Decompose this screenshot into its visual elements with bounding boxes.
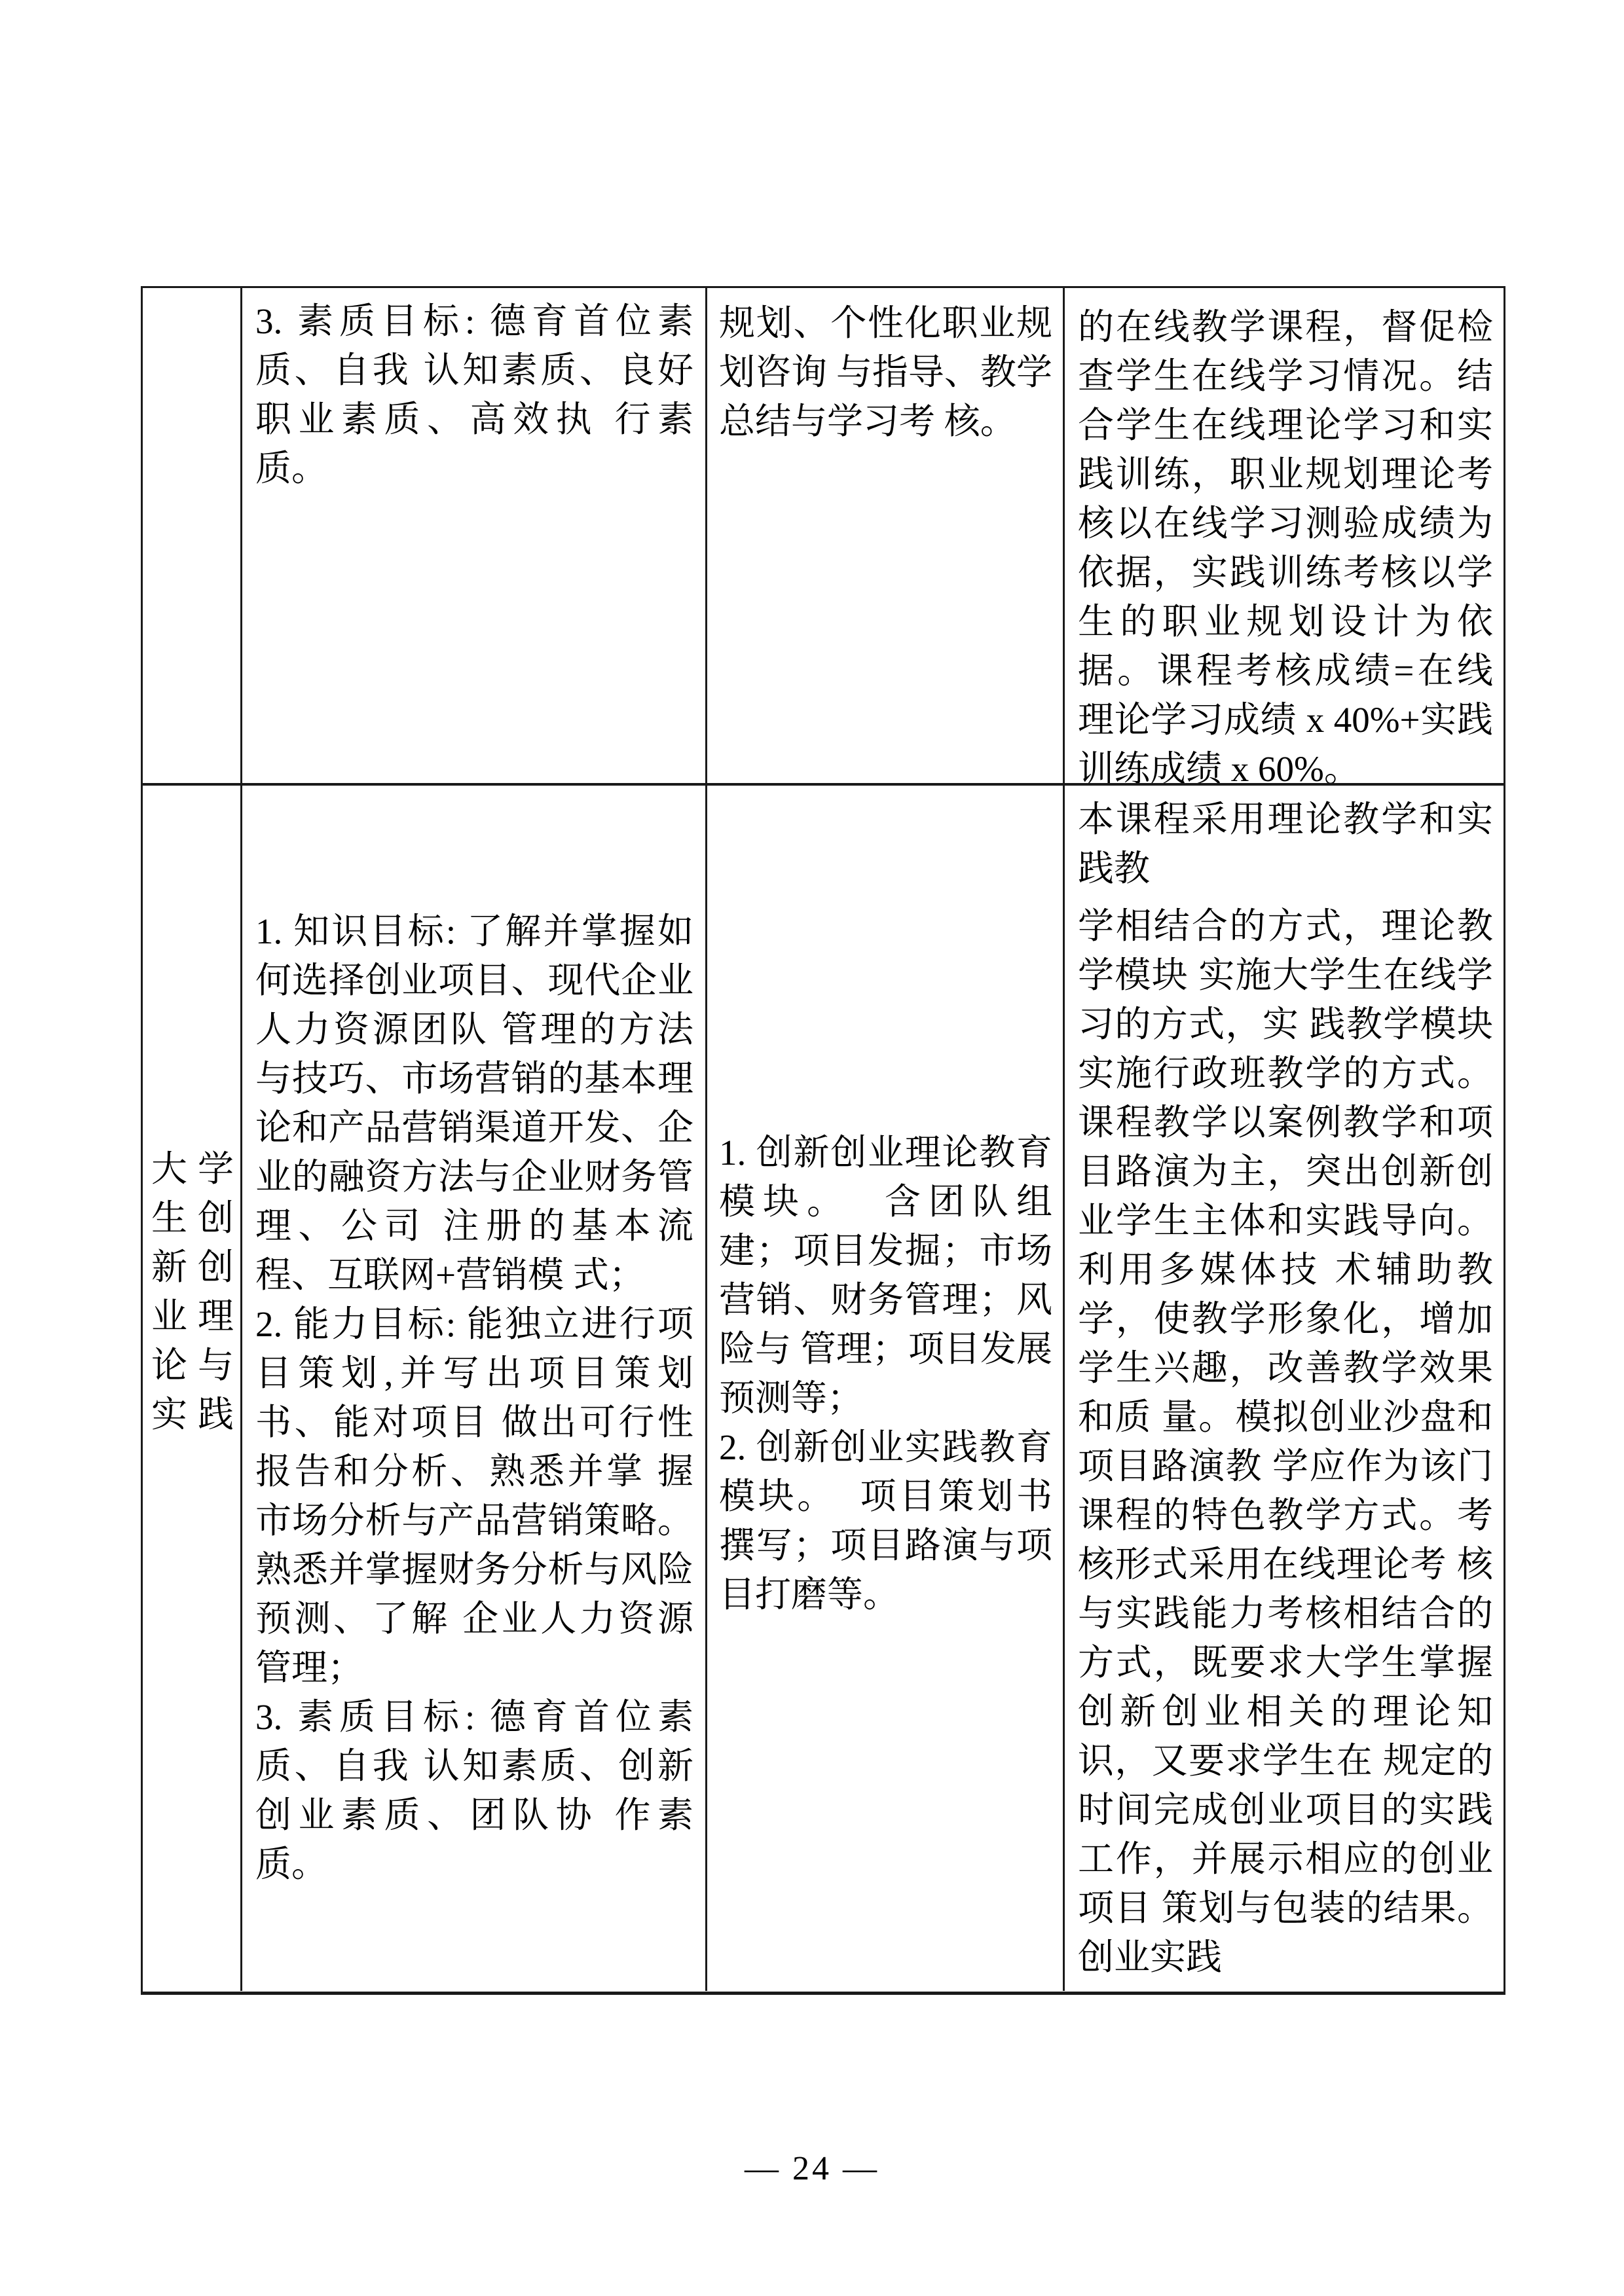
page-number: — 24 — [0, 2146, 1624, 2192]
quality-objectives-text: 3. 素质目标: 德育首位素质、自我 认知素质、良好职业素质、高效执 行素质。 [255, 297, 693, 493]
teaching-content-text: 规划、个性化职业规划咨询 与指导、教学总结与学习考 核。 [719, 299, 1052, 446]
theory-module-paragraph: 1. 创新创业理论教育模块。 含团队组建；项目发掘；市场营销、财务管理；风险与 … [719, 1128, 1052, 1423]
implementation-paragraph-2: 学相结合的方式，理论教学模块 实施大学生在线学习的方式，实 践教学模块实施行政班… [1078, 902, 1493, 1982]
course-name: 大学生创新创业理论与实践 [151, 1144, 234, 1439]
implementation-cell-continued: 的在线教学课程，督促检查学生在线学习情况。结合学生在线理论学习和实践训练，职业规… [1065, 288, 1504, 783]
quality-objective-paragraph: 3. 素质目标: 德育首位素质、自我 认知素质、创新创业素质、团队协 作素质。 [255, 1692, 693, 1889]
ability-objective-paragraph: 2. 能力目标: 能独立进行项目策划,并写出项目策划书、能对项目 做出可行性报告… [255, 1300, 693, 1692]
teaching-content-cell-continued: 规划、个性化职业规划咨询 与指导、教学总结与学习考 核。 [707, 288, 1065, 783]
implementation-assessment-text: 的在线教学课程，督促检查学生在线学习情况。结合学生在线理论学习和实践训练，职业规… [1078, 302, 1493, 783]
curriculum-table: 3. 素质目标: 德育首位素质、自我 认知素质、良好职业素质、高效执 行素质。 … [141, 286, 1505, 1995]
knowledge-objective-paragraph: 1. 知识目标: 了解并掌握如何选择创业项目、现代企业人力资源团队 管理的方法与… [255, 907, 693, 1300]
implementation-paragraph-1: 本课程采用理论教学和实践教 [1078, 795, 1493, 893]
practice-module-paragraph: 2. 创新创业实践教育模块。 项目策划书撰写；项目路演与项目打磨等。 [719, 1423, 1052, 1619]
table-row-course: 大学生创新创业理论与实践 1. 知识目标: 了解并掌握如何选择创业项目、现代企业… [143, 786, 1504, 1991]
implementation-cell: 本课程采用理论教学和实践教 学相结合的方式，理论教学模块 实施大学生在线学习的方… [1065, 786, 1504, 1991]
objectives-cell-continued: 3. 素质目标: 德育首位素质、自我 认知素质、良好职业素质、高效执 行素质。 [242, 288, 707, 783]
teaching-content-cell: 1. 创新创业理论教育模块。 含团队组建；项目发掘；市场营销、财务管理；风险与 … [707, 786, 1065, 1991]
table-row-continued: 3. 素质目标: 德育首位素质、自我 认知素质、良好职业素质、高效执 行素质。 … [143, 288, 1504, 786]
course-name-cell: 大学生创新创业理论与实践 [143, 786, 242, 1991]
objectives-cell: 1. 知识目标: 了解并掌握如何选择创业项目、现代企业人力资源团队 管理的方法与… [242, 786, 707, 1991]
course-name-cell-empty [143, 288, 242, 783]
